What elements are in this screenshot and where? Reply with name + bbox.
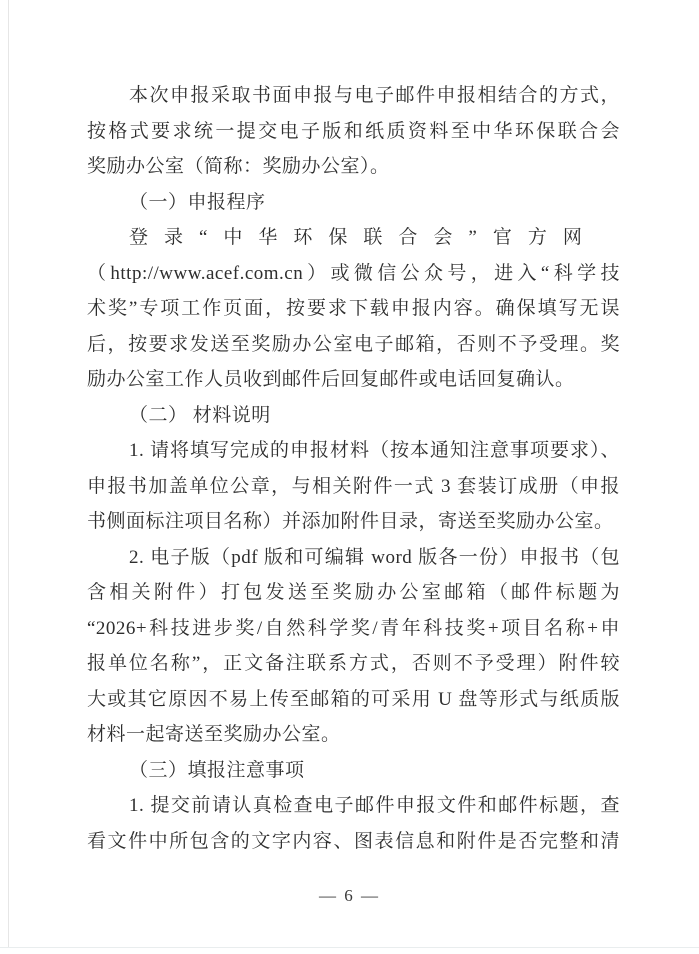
text-line: 术奖”专项工作页面，按要求下载申报内容。确保填写无误 <box>87 291 620 327</box>
section-heading: （一）申报程序 <box>87 185 620 221</box>
text-line: 1. 提交前请认真检查电子邮件申报文件和邮件标题，查 <box>87 788 620 824</box>
text-line: 1. 请将填写完成的申报材料（按本通知注意事项要求）、 <box>87 433 620 469</box>
text-line: 书侧面标注项目名称）并添加附件目录，寄送至奖励办公室。 <box>87 504 620 540</box>
text-line: 申报书加盖单位公章，与相关附件一式 3 套装订成册（申报 <box>87 469 620 505</box>
text-line: 材料一起寄送至奖励办公室。 <box>87 717 620 753</box>
document-body: 本次申报采取书面申报与电子邮件申报相结合的方式， 按格式要求统一提交电子版和纸质… <box>87 78 620 859</box>
text-line: 看文件中所包含的文字内容、图表信息和附件是否完整和清 <box>87 824 620 860</box>
page-edge-line-left <box>8 0 9 948</box>
text-line: 报单位名称”，正文备注联系方式，否则不予受理）附件较 <box>87 646 620 682</box>
text-line: 2. 电子版（pdf 版和可编辑 word 版各一份）申报书（包 <box>87 540 620 576</box>
page-edge-line-bottom <box>0 947 699 948</box>
page-number: — 6 — <box>0 884 699 908</box>
section-heading: （三）填报注意事项 <box>87 753 620 789</box>
text-line: 励办公室工作人员收到邮件后回复邮件或电话回复确认。 <box>87 362 620 398</box>
text-line: 后，按要求发送至奖励办公室电子邮箱，否则不予受理。奖 <box>87 327 620 363</box>
text-line: 大或其它原因不易上传至邮箱的可采用 U 盘等形式与纸质版 <box>87 682 620 718</box>
text-line: 含相关附件）打包发送至奖励办公室邮箱（邮件标题为 <box>87 575 620 611</box>
document-page: 本次申报采取书面申报与电子邮件申报相结合的方式， 按格式要求统一提交电子版和纸质… <box>0 0 699 954</box>
section-heading: （二） 材料说明 <box>87 398 620 434</box>
text-line: （http://www.acef.com.cn）或微信公众号，进入“科学技 <box>87 256 620 292</box>
text-line: 奖励办公室（简称：奖励办公室）。 <box>87 149 620 185</box>
text-line: 本次申报采取书面申报与电子邮件申报相结合的方式， <box>87 78 620 114</box>
text-line: 按格式要求统一提交电子版和纸质资料至中华环保联合会 <box>87 114 620 150</box>
text-line: “2026+科技进步奖/自然科学奖/青年科技奖+项目名称+申 <box>87 611 620 647</box>
text-line: 登录“中华环保联合会”官方网 <box>87 220 620 256</box>
